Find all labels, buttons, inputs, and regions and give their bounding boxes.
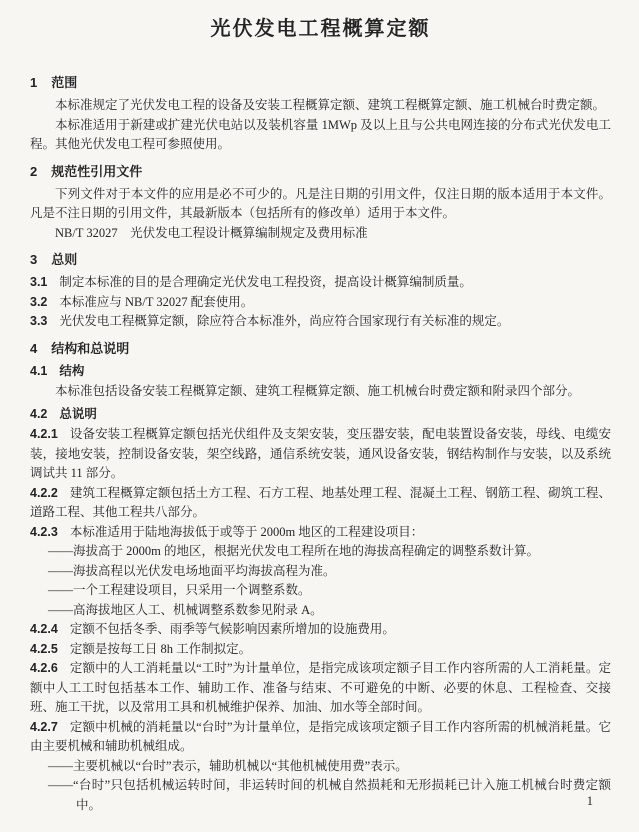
dash-item: ——主要机械以“台时”表示，辅助机械以“其他机械使用费”表示。 — [30, 757, 611, 777]
clause-number: 3 — [30, 252, 37, 267]
clause-number: 4.2.4 — [30, 622, 58, 636]
paragraph: 本标准适用于新建或扩建光伏电站以及装机容量 1MWp 及以上且与公共电网连接的分… — [30, 116, 611, 155]
numbered-clause: 4.2.4定额不包括冬季、雨季等气候影响因素所增加的设施费用。 — [30, 620, 611, 640]
dash-item: ——海拔高程以光伏发电场地面平均海拔高程为准。 — [30, 562, 611, 582]
document-title: 光伏发电工程概算定额 — [30, 16, 611, 42]
subsection-heading: 4.2总说明 — [30, 405, 611, 423]
paragraph: 本标准包括设备安装工程概算定额、建筑工程概算定额、施工机械台时费定额和附录四个部… — [30, 382, 611, 402]
heading-text: 结构和总说明 — [51, 341, 129, 356]
clause-number: 1 — [30, 75, 37, 90]
clause-number: 4.2.6 — [30, 661, 58, 675]
clause-number: 3.2 — [30, 295, 47, 309]
numbered-clause: 4.2.3本标准适用于陆地海拔低于或等于 2000m 地区的工程建设项目： — [30, 523, 611, 543]
heading-text: 范围 — [51, 75, 77, 90]
clause-text: 光伏发电工程概算定额，除应符合本标准外，尚应符合国家现行有关标准的规定。 — [59, 314, 509, 328]
dash-item: ——海拔高于 2000m 的地区，根据光伏发电工程所在地的海拔高程确定的调整系数… — [30, 542, 611, 562]
clause-text: 定额中的人工消耗量以“工时”为计量单位，是指完成该项定额子目工作内容所需的人工消… — [30, 661, 611, 714]
clause-number: 3.1 — [30, 275, 47, 289]
clause-number: 4.2 — [30, 407, 47, 421]
numbered-clause: 3.2本标准应与 NB/T 32027 配套使用。 — [30, 293, 611, 313]
clause-text: 定额中机械的消耗量以“台时”为计量单位，是指完成该项定额子目工作内容所需的机械消… — [30, 720, 611, 754]
dash-item: ——高海拔地区人工、机械调整系数参见附录 A。 — [30, 601, 611, 621]
section-heading: 1范围 — [30, 74, 611, 92]
numbered-clause: 4.2.2建筑工程概算定额包括土方工程、石方工程、地基处理工程、混凝土工程、钢筋… — [30, 484, 611, 523]
clause-number: 3.3 — [30, 314, 47, 328]
numbered-clause: 3.1制定本标准的目的是合理确定光伏发电工程投资，提高设计概算编制质量。 — [30, 273, 611, 293]
heading-text: 总说明 — [59, 407, 97, 421]
clause-number: 4.1 — [30, 364, 47, 378]
numbered-clause: 4.2.1设备安装工程概算定额包括光伏组件及支架安装，变压器安装，配电装置设备安… — [30, 425, 611, 484]
section-heading: 4结构和总说明 — [30, 340, 611, 358]
subsection-heading: 4.1结构 — [30, 362, 611, 380]
heading-text: 总则 — [51, 252, 77, 267]
clause-text: 制定本标准的目的是合理确定光伏发电工程投资，提高设计概算编制质量。 — [59, 275, 472, 289]
clause-number: 4.2.7 — [30, 720, 58, 734]
clause-text: 定额是按每工日 8h 工作制拟定。 — [70, 642, 251, 656]
numbered-clause: 4.2.6定额中的人工消耗量以“工时”为计量单位，是指完成该项定额子目工作内容所… — [30, 659, 611, 718]
clause-number: 4.2.3 — [30, 525, 58, 539]
numbered-clause: 3.3光伏发电工程概算定额，除应符合本标准外，尚应符合国家现行有关标准的规定。 — [30, 312, 611, 332]
dash-item: ——“台时”只包括机械运转时间，非运转时间的机械自然损耗和无形损耗已计入施工机械… — [30, 776, 611, 815]
dash-item: ——一个工程建设项目，只采用一个调整系数。 — [30, 581, 611, 601]
clause-text: 设备安装工程概算定额包括光伏组件及支架安装，变压器安装，配电装置设备安装，母线、… — [30, 427, 611, 480]
clause-number: 2 — [30, 164, 37, 179]
paragraph: 下列文件对于本文件的应用是必不可少的。凡是注日期的引用文件，仅注日期的版本适用于… — [30, 185, 611, 224]
clause-number: 4.2.2 — [30, 486, 58, 500]
clause-number: 4.2.5 — [30, 642, 58, 656]
paragraph: 本标准规定了光伏发电工程的设备及安装工程概算定额、建筑工程概算定额、施工机械台时… — [30, 96, 611, 116]
section-heading: 2规范性引用文件 — [30, 163, 611, 181]
numbered-clause: 4.2.7定额中机械的消耗量以“台时”为计量单位，是指完成该项定额子目工作内容所… — [30, 718, 611, 757]
clause-text: 本标准适用于陆地海拔低于或等于 2000m 地区的工程建设项目： — [70, 525, 423, 539]
clause-number: 4 — [30, 341, 37, 356]
document-body: 1范围本标准规定了光伏发电工程的设备及安装工程概算定额、建筑工程概算定额、施工机… — [30, 74, 611, 815]
numbered-clause: 4.2.5定额是按每工日 8h 工作制拟定。 — [30, 640, 611, 660]
clause-number: 4.2.1 — [30, 427, 58, 441]
section-heading: 3总则 — [30, 251, 611, 269]
clause-text: 建筑工程概算定额包括土方工程、石方工程、地基处理工程、混凝土工程、钢筋工程、砌筑… — [30, 486, 611, 520]
page-number: 1 — [587, 793, 593, 809]
clause-text: 本标准应与 NB/T 32027 配套使用。 — [59, 295, 253, 309]
heading-text: 规范性引用文件 — [51, 164, 142, 179]
paragraph: NB/T 32027 光伏发电工程设计概算编制规定及费用标准 — [30, 224, 611, 244]
document-page: 光伏发电工程概算定额 1范围本标准规定了光伏发电工程的设备及安装工程概算定额、建… — [0, 0, 639, 832]
heading-text: 结构 — [59, 364, 84, 378]
clause-text: 定额不包括冬季、雨季等气候影响因素所增加的设施费用。 — [70, 622, 395, 636]
